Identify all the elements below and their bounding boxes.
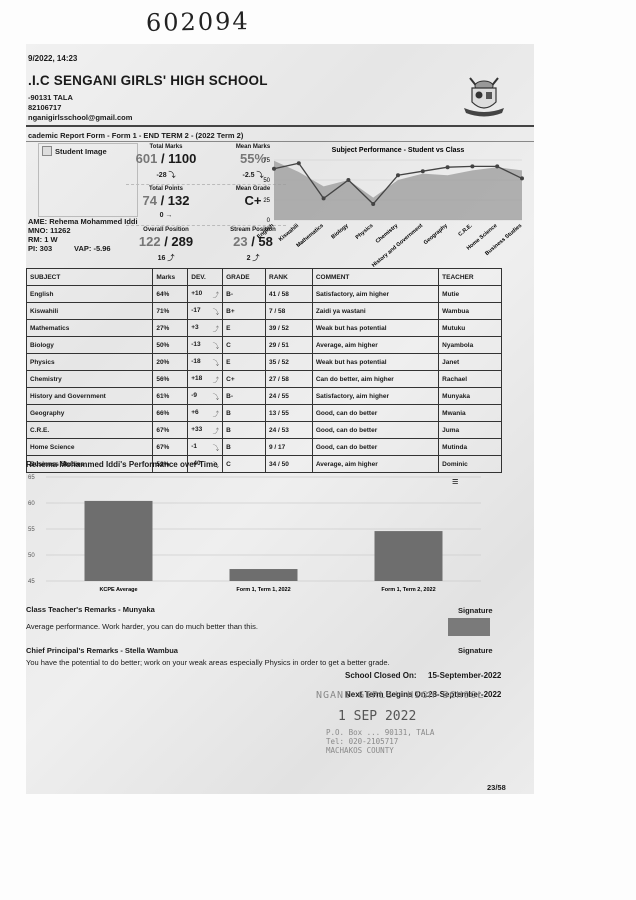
x-tick-label: KCPE Average: [99, 587, 137, 593]
cell-grade: B: [223, 422, 266, 439]
stat-label: Total Points: [126, 186, 206, 192]
broken-image-icon: [42, 146, 52, 156]
cell-subject: History and Government: [27, 388, 153, 405]
chart-menu-icon[interactable]: ≡: [452, 476, 458, 488]
x-tick-label: C.R.E.: [457, 223, 474, 238]
cell-subject: English: [27, 286, 153, 303]
page-number: 23/58: [487, 783, 506, 792]
class-teacher-signature-image: [448, 618, 490, 636]
cell-rank: 29 / 51: [266, 337, 313, 354]
stamp-date: 1 SEP 2022: [338, 709, 486, 724]
cell-teacher: Juma: [439, 422, 502, 439]
stat-deviation: 0 →: [126, 212, 206, 219]
trend-down-icon: ⤵: [213, 358, 220, 367]
cell-subject: Geography: [27, 405, 153, 422]
column-header: COMMENT: [312, 269, 438, 286]
performance-over-time-title: Rehema Mohammed Iddi's Performance over …: [26, 460, 218, 469]
chart-title: Subject Performance - Student vs Class: [332, 147, 465, 154]
school-address: -90131 TALA: [28, 93, 73, 102]
x-tick-label: Form 1, Term 1, 2022: [236, 587, 290, 593]
principal-remarks-text: You have the potential to do better; wor…: [26, 658, 390, 667]
cell-grade: B+: [223, 303, 266, 320]
table-row: English64%+10⤴B-41 / 58Satisfactory, aim…: [27, 286, 502, 303]
cell-rank: 7 / 58: [266, 303, 313, 320]
svg-text:25: 25: [263, 198, 270, 204]
student-kcpe: PI: 303: [28, 244, 52, 253]
trend-up-icon: ⤴: [213, 426, 220, 435]
class-teacher-signature-label: Signature: [458, 606, 493, 615]
cell-dev: +10⤴: [188, 286, 223, 303]
trend-down-icon: ⤵: [213, 341, 220, 350]
svg-text:55: 55: [28, 527, 35, 533]
stat-value: 23: [233, 234, 247, 249]
school-crest-icon: [456, 68, 512, 120]
student-vap: VAP: -5.96: [74, 244, 111, 253]
student-form: RM: 1 W: [28, 235, 58, 244]
school-phone: 82106717: [28, 103, 61, 112]
cell-teacher: Munyaka: [439, 388, 502, 405]
cell-rank: 41 / 58: [266, 286, 313, 303]
table-row: Physics20%-18⤵E35 / 52Weak but has poten…: [27, 354, 502, 371]
cell-grade: E: [223, 320, 266, 337]
trend-up-icon: ⤴: [213, 324, 220, 333]
table-row: Home Science67%-1⤵B9 / 17Good, can do be…: [27, 439, 502, 456]
x-tick-label: Physics: [355, 223, 375, 241]
column-header: DEV.: [188, 269, 223, 286]
cell-grade: C+: [223, 371, 266, 388]
trend-down-icon: ⤵: [213, 392, 220, 401]
stat-deviation: 16 ⤴: [126, 253, 206, 263]
column-header: RANK: [266, 269, 313, 286]
performance-bar: [85, 501, 153, 581]
cell-dev: -17⤵: [188, 303, 223, 320]
table-row: History and Government61%-9⤵B-24 / 55Sat…: [27, 388, 502, 405]
x-tick-label: Geography: [423, 222, 450, 246]
cell-comment: Good, can do better: [312, 439, 438, 456]
student-admno: MNO: 11262: [28, 226, 71, 235]
table-row: Kiswahili71%-17⤵B+7 / 58Zaidi ya wastani…: [27, 303, 502, 320]
cell-teacher: Mutie: [439, 286, 502, 303]
cell-comment: Average, aim higher: [312, 337, 438, 354]
print-timestamp: 9/2022, 14:23: [28, 54, 77, 63]
school-stamp: NGANI GIRLS' HIGH SCHOOL 1 SEP 2022 P.O.…: [316, 690, 486, 774]
cell-comment: Zaidi ya wastani: [312, 303, 438, 320]
cell-marks: 67%: [153, 439, 188, 456]
stat-value: 122: [139, 234, 161, 249]
table-row: Geography66%+6⤴B13 / 55Good, can do bett…: [27, 405, 502, 422]
stat-out-of: / 132: [157, 193, 190, 208]
class-teacher-remarks-heading: Class Teacher's Remarks - Munyaka: [26, 605, 155, 614]
handwritten-document-number: 602094: [146, 7, 250, 37]
cell-dev: +18⤴: [188, 371, 223, 388]
cell-teacher: Mutinda: [439, 439, 502, 456]
cell-marks: 67%: [153, 422, 188, 439]
cell-dev: -9⤵: [188, 388, 223, 405]
cell-subject: Home Science: [27, 439, 153, 456]
trend-down-icon: ⤵: [213, 443, 220, 452]
trend-up-icon: ⤴: [213, 375, 220, 384]
svg-text:65: 65: [28, 475, 35, 481]
cell-grade: C: [223, 337, 266, 354]
stat-value: 601: [136, 151, 158, 166]
cell-marks: 64%: [153, 286, 188, 303]
school-email: nganigirlsschool@gmail.com: [28, 113, 132, 122]
school-closed-label: School Closed On:: [345, 671, 417, 680]
trend-up-icon: ⤴: [213, 290, 220, 299]
trend-down-icon: ⤵: [213, 307, 220, 316]
stat-overall-position: Overall Position 122 / 289 16 ⤴: [126, 227, 206, 263]
cell-marks: 61%: [153, 388, 188, 405]
cell-dev: +6⤴: [188, 405, 223, 422]
svg-text:45: 45: [28, 579, 35, 585]
cell-grade: B-: [223, 286, 266, 303]
cell-marks: 56%: [153, 371, 188, 388]
cell-rank: 13 / 55: [266, 405, 313, 422]
x-tick-label: Form 1, Term 2, 2022: [381, 587, 435, 593]
cell-comment: Good, can do better: [312, 422, 438, 439]
school-closed-date: 15-September-2022: [428, 671, 501, 680]
x-tick-label: Mathematics: [295, 223, 324, 249]
cell-grade: E: [223, 354, 266, 371]
cell-dev: -18⤵: [188, 354, 223, 371]
cell-marks: 50%: [153, 337, 188, 354]
cell-subject: Biology: [27, 337, 153, 354]
stamp-address: P.O. Box ... 90131, TALA: [326, 728, 486, 737]
cell-rank: 24 / 55: [266, 388, 313, 405]
student-image-alt: Student Image: [55, 147, 107, 156]
cell-subject: C.R.E.: [27, 422, 153, 439]
x-tick-label: English: [256, 223, 276, 241]
table-row: C.R.E.67%+33⤴B24 / 53Good, can do better…: [27, 422, 502, 439]
table-row: Biology50%-13⤵C29 / 51Average, aim highe…: [27, 337, 502, 354]
cell-dev: +3⤴: [188, 320, 223, 337]
performance-over-time-chart: 4550556065KCPE AverageForm 1, Term 1, 20…: [26, 470, 506, 600]
cell-teacher: Mwania: [439, 405, 502, 422]
stat-out-of: / 289: [161, 234, 194, 249]
cell-rank: 39 / 52: [266, 320, 313, 337]
stat-label: Total Marks: [126, 144, 206, 150]
x-tick-label: Kiswahili: [278, 223, 300, 243]
performance-bar: [375, 531, 443, 581]
school-name: .I.C SENGANI GIRLS' HIGH SCHOOL: [28, 73, 268, 88]
cell-grade: B: [223, 405, 266, 422]
svg-text:60: 60: [28, 501, 35, 507]
class-teacher-remarks-text: Average performance. Work harder, you ca…: [26, 622, 258, 631]
cell-teacher: Wambua: [439, 303, 502, 320]
class-average-area: [274, 161, 522, 220]
x-tick-label: History and Government: [371, 223, 424, 269]
cell-rank: 27 / 58: [266, 371, 313, 388]
subject-performance-chart: Subject Performance - Student vs Class02…: [252, 142, 534, 270]
cell-rank: 24 / 53: [266, 422, 313, 439]
x-tick-label: Chemistry: [375, 222, 400, 244]
cell-rank: 35 / 52: [266, 354, 313, 371]
table-body: English64%+10⤴B-41 / 58Satisfactory, aim…: [27, 286, 502, 473]
cell-comment: Weak but has potential: [312, 354, 438, 371]
cell-comment: Can do better, aim higher: [312, 371, 438, 388]
stat-total-points: Total Points 74 / 132 0 →: [126, 186, 206, 219]
cell-marks: 20%: [153, 354, 188, 371]
stat-label: Overall Position: [126, 227, 206, 233]
cell-grade: B-: [223, 388, 266, 405]
cell-comment: Satisfactory, aim higher: [312, 388, 438, 405]
report-form-sheet: 9/2022, 14:23 .I.C SENGANI GIRLS' HIGH S…: [26, 44, 534, 794]
trend-up-icon: ⤴: [213, 409, 220, 418]
report-form-title: cademic Report Form - Form 1 - END TERM …: [28, 131, 243, 140]
stat-value: 74: [143, 193, 157, 208]
table-row: Chemistry56%+18⤴C+27 / 58Can do better, …: [27, 371, 502, 388]
svg-text:50: 50: [28, 553, 35, 559]
cell-subject: Chemistry: [27, 371, 153, 388]
stamp-county: MACHAKOS COUNTY: [326, 746, 486, 755]
subject-results-table: SUBJECTMarksDEV.GRADERANKCOMMENTTEACHER …: [26, 268, 502, 473]
column-header: Marks: [153, 269, 188, 286]
svg-text:50: 50: [263, 178, 270, 184]
stat-out-of: / 1100: [157, 151, 196, 166]
header-divider: [26, 125, 534, 127]
cell-grade: B: [223, 439, 266, 456]
cell-teacher: Rachael: [439, 371, 502, 388]
performance-bar: [230, 569, 298, 581]
cell-marks: 27%: [153, 320, 188, 337]
cell-subject: Kiswahili: [27, 303, 153, 320]
svg-text:75: 75: [263, 158, 270, 164]
stamp-phone: Tel: 020-2105717: [326, 737, 486, 746]
cell-comment: Satisfactory, aim higher: [312, 286, 438, 303]
column-header: GRADE: [223, 269, 266, 286]
student-name: AME: Rehema Mohammed Iddi: [28, 217, 138, 226]
stat-deviation: -28 ⤵: [126, 170, 206, 180]
cell-marks: 71%: [153, 303, 188, 320]
cell-comment: Weak but has potential: [312, 320, 438, 337]
column-header: TEACHER: [439, 269, 502, 286]
column-header: SUBJECT: [27, 269, 153, 286]
principal-signature-label: Signature: [458, 646, 493, 655]
cell-dev: -1⤵: [188, 439, 223, 456]
cell-teacher: Nyambola: [439, 337, 502, 354]
cell-rank: 9 / 17: [266, 439, 313, 456]
cell-comment: Good, can do better: [312, 405, 438, 422]
stamp-school-name: NGANI GIRLS' HIGH SCHOOL: [316, 690, 486, 701]
cell-teacher: Mutuku: [439, 320, 502, 337]
cell-dev: +33⤴: [188, 422, 223, 439]
student-photo-placeholder: Student Image: [38, 143, 138, 217]
table-row: Mathematics27%+3⤴E39 / 52Weak but has po…: [27, 320, 502, 337]
cell-subject: Mathematics: [27, 320, 153, 337]
cell-teacher: Janet: [439, 354, 502, 371]
table-header-row: SUBJECTMarksDEV.GRADERANKCOMMENTTEACHER: [27, 269, 502, 286]
stat-total-marks: Total Marks 601 / 1100 -28 ⤵: [126, 144, 206, 180]
cell-dev: -13⤵: [188, 337, 223, 354]
cell-subject: Physics: [27, 354, 153, 371]
principal-remarks-heading: Chief Principal's Remarks - Stella Wambu…: [26, 646, 178, 655]
cell-marks: 66%: [153, 405, 188, 422]
x-tick-label: Biology: [330, 222, 350, 240]
